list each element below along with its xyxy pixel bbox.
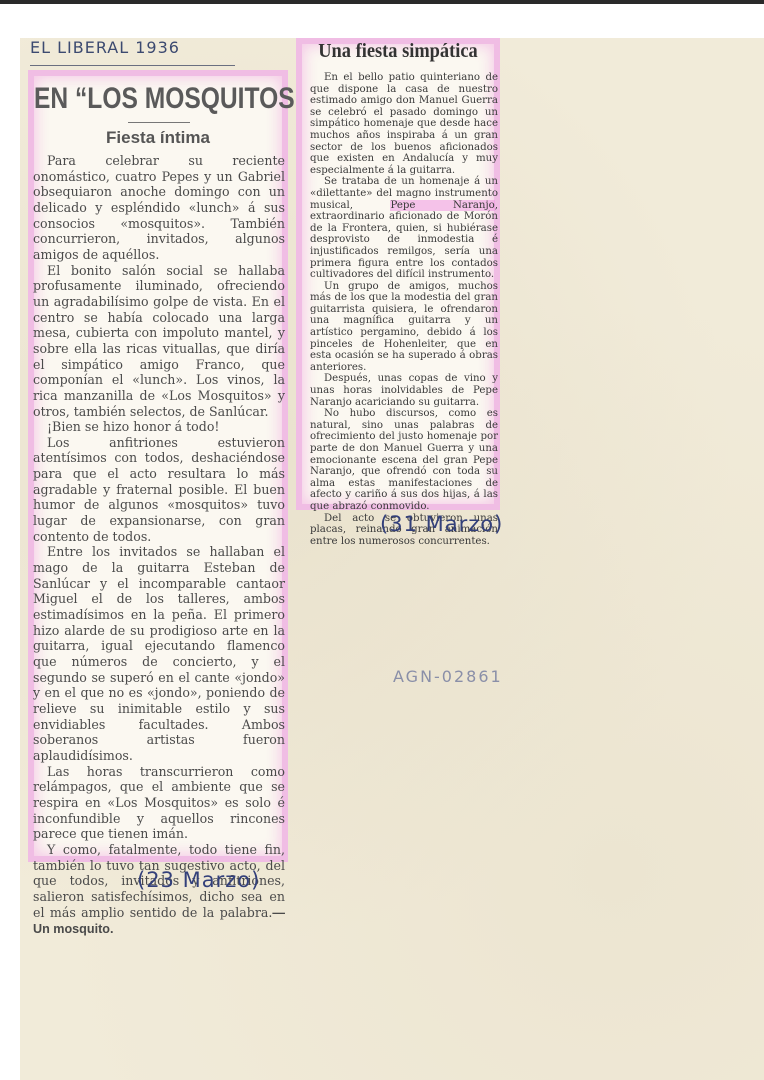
clipping-right-body: En el bello patio quinteriano de que dis… [310, 72, 498, 547]
paragraph: Se trataba de un homenaje á un «dilettan… [310, 176, 498, 280]
date-note-right: (31 Marzo) [380, 512, 503, 536]
paragraph: Para celebrar su reciente onomástico, cu… [33, 153, 285, 263]
scan-top-edge [0, 0, 764, 4]
paragraph: Los anfitriones estuvieron atentísimos c… [33, 435, 285, 545]
paragraph-text: No hubo discursos, como es natural, sino… [310, 408, 498, 512]
paragraph: Las horas transcurrieron como relámpagos… [33, 764, 285, 842]
clipping-left-headline: EN “LOS MOSQUITOS” [34, 82, 241, 116]
highlighted-name: Pepe Naranjo [390, 200, 494, 211]
clipping-left-body: Para celebrar su reciente onomástico, cu… [33, 153, 285, 938]
paragraph: Después, unas copas de vino y unas horas… [310, 373, 498, 408]
paragraph-text: Un grupo de amigos, muchos más de los qu… [310, 281, 498, 373]
paragraph-text: En el bello patio quinteriano de que dis… [310, 72, 498, 176]
clipping-left-subheadline: Fiesta íntima [28, 128, 288, 148]
paragraph-text: Después, unas copas de vino y unas horas… [310, 373, 498, 407]
archive-code: AGN-02861 [393, 667, 503, 686]
paragraph: No hubo discursos, como es natural, sino… [310, 408, 498, 512]
date-note-left: (23 Marzo) [137, 868, 260, 892]
source-underline [30, 65, 235, 66]
paragraph: ¡Bien se hizo honor á todo! [33, 419, 285, 435]
clipping-right-headline: Una fiesta simpática [304, 40, 492, 63]
paragraph: Un grupo de amigos, muchos más de los qu… [310, 281, 498, 374]
paragraph: En el bello patio quinteriano de que dis… [310, 72, 498, 176]
paragraph: Entre los invitados se hallaban el mago … [33, 544, 285, 763]
paragraph-text: , extraordinario aficionado de Morón de … [310, 200, 498, 281]
headline-rule [128, 122, 190, 123]
source-note: EL LIBERAL 1936 [30, 38, 180, 57]
paragraph: El bonito salón social se hallaba profus… [33, 263, 285, 420]
